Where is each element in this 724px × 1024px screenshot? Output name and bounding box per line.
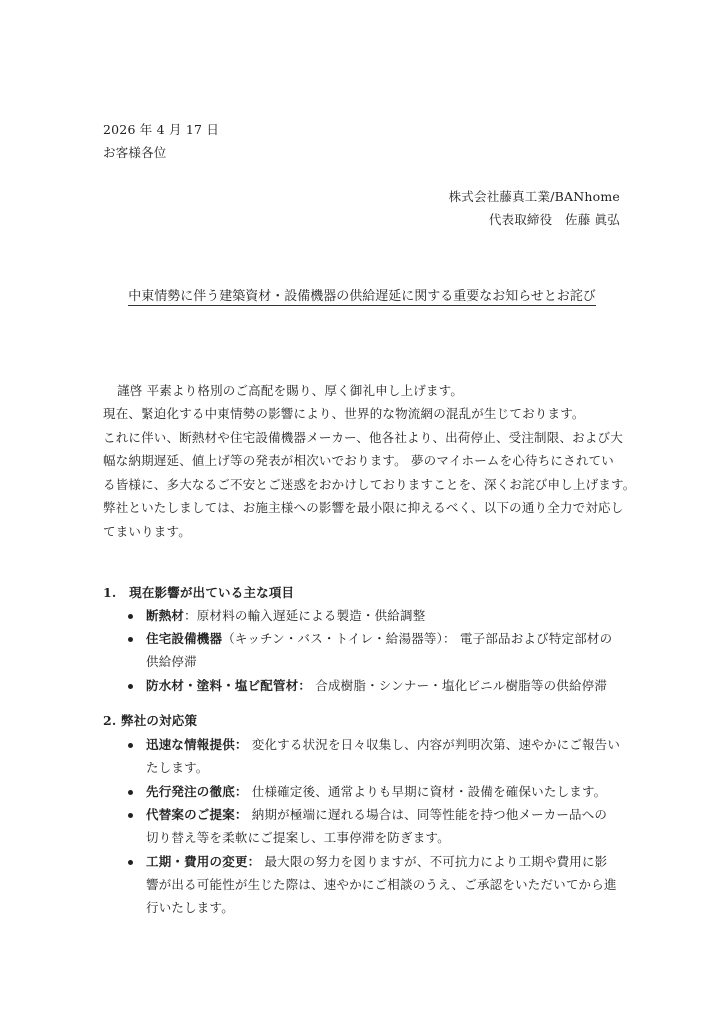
list-item: 防水材・塗料・塩ビ配管材： 合成樹脂・シンナー・塩化ビニル樹脂等の供給停滞 bbox=[146, 678, 607, 694]
bullet-icon bbox=[128, 813, 133, 818]
list-item: 断熱材：原材料の輸入遅延による製造・供給調整 bbox=[146, 608, 425, 624]
list-item-continuation: たします。 bbox=[146, 760, 209, 776]
bullet-icon bbox=[128, 637, 133, 642]
list-item: 工期・費用の変更： 最大限の努力を図りますが、不可抗力により工期や費用に影 bbox=[146, 854, 607, 870]
list-item: 迅速な情報提供： 変化する状況を日々収集し、内容が判明次第、速やかにご報告い bbox=[146, 737, 620, 753]
bullet-icon bbox=[128, 743, 133, 748]
body-line: 弊社といたしましては、お施主様への影響を最小限に抑えるべく、以下の通り全力で対応… bbox=[103, 500, 623, 516]
list-item: 住宅設備機器（キッチン・バス・トイレ・給湯器等）： 電子部品および特定部材の bbox=[146, 631, 612, 647]
bullet-icon bbox=[128, 860, 133, 865]
list-item-continuation: 供給停滞 bbox=[146, 654, 197, 670]
representative: 代表取締役 佐藤 眞弘 bbox=[489, 212, 620, 228]
body-line: る皆様に、多大なるご不安とご迷惑をおかけしておりますことを、深くお詫び申し上げま… bbox=[103, 477, 635, 493]
list-item-continuation: 響が出る可能性が生じた際は、速やかにご相談のうえ、ご承認をいただいてから進 bbox=[146, 877, 617, 893]
document-title: 中東情勢に伴う建築資材・設備機器の供給遅延に関する重要なお知らせとお詫び bbox=[0, 288, 724, 306]
bullet-icon bbox=[128, 614, 133, 619]
date: 2026 年 4 月 17 日 bbox=[103, 122, 219, 138]
body-line: てまいります。 bbox=[103, 524, 191, 540]
body-line: 幅な納期遅延、値上げ等の発表が相次いでおります。 夢のマイホームを心待ちにされて… bbox=[103, 453, 614, 469]
list-item: 先行発注の徹底： 仕様確定後、通常よりも早期に資材・設備を確保いたします。 bbox=[146, 784, 606, 800]
list-item-continuation: 切り替え等を柔軟にご提案し、工事停滞を防ぎます。 bbox=[146, 830, 450, 846]
section2-heading: 2. 弊社の対応策 bbox=[103, 713, 197, 729]
body-line: 現在、緊迫化する中東情勢の影響により、世界的な物流網の混乱が生じております。 bbox=[103, 406, 585, 422]
section1-heading: 1. 現在影響が出ている主な項目 bbox=[103, 585, 294, 601]
list-item: 代替案のご提案： 納期が極端に遅れる場合は、同等性能を持つ他メーカー品への bbox=[146, 807, 607, 823]
bullet-icon bbox=[128, 684, 133, 689]
recipient: お客様各位 bbox=[103, 145, 167, 161]
company-name: 株式会社藤真工業/BANhome bbox=[449, 189, 620, 205]
document-page: 2026 年 4 月 17 日 お客様各位 株式会社藤真工業/BANhome 代… bbox=[0, 0, 724, 1024]
body-line: これに伴い、断熱材や住宅設備機器メーカー、他各社より、出荷停止、受注制限、および… bbox=[103, 430, 623, 446]
body-line: 謹啓 平素より格別のご高配を賜り、厚く御礼申し上げます。 bbox=[117, 383, 463, 399]
bullet-icon bbox=[128, 790, 133, 795]
list-item-continuation: 行いたします。 bbox=[146, 900, 234, 916]
